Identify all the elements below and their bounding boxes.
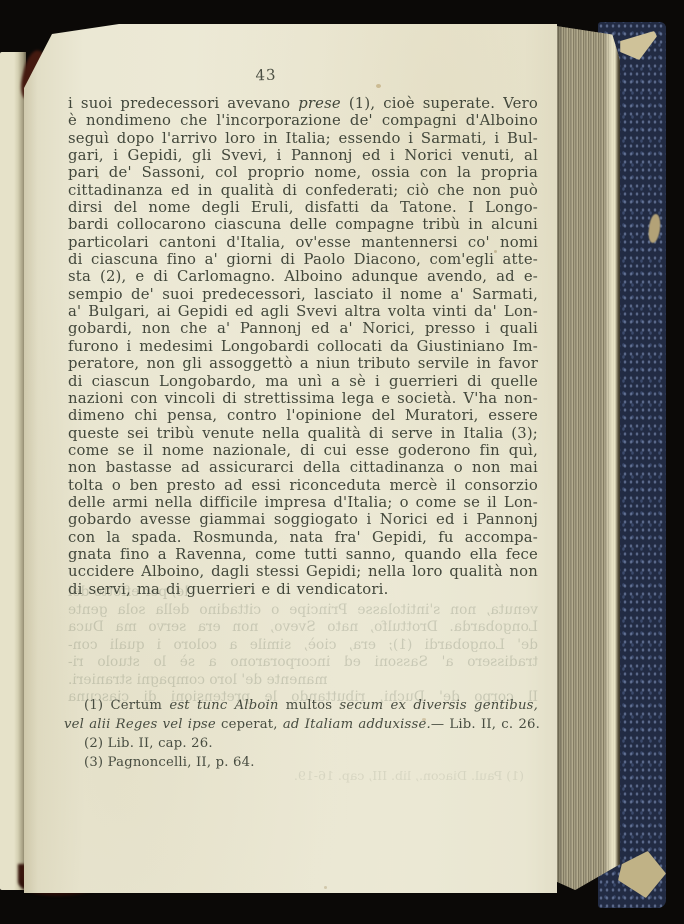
body-text-line: gobardo avesse giammai soggiogato i Nori… [68, 511, 538, 528]
bleedthrough-line: tradissero a' Sassoni ed incorporarono a… [68, 654, 538, 672]
body-text-line: i suoi predecessori avevano prese (1), c… [68, 95, 538, 112]
body-text-line: gari, i Gepidi, gli Svevi, i Pannonj ed … [68, 147, 538, 164]
footnotes: (1) Certum est tunc Alboin multos secum … [64, 698, 540, 774]
body-text-line: cittadinanza ed in qualità di confederat… [68, 182, 538, 199]
body-text-line: nazioni con vincoli di strettissima lega… [68, 390, 538, 407]
bleedthrough-line: venuta, non s'intitolasse Principe o cit… [68, 602, 538, 620]
body-text-line: sempio de' suoi predecessori, lasciato i… [68, 286, 538, 303]
body-text-line: dirsi del nome degli Eruli, disfatti da … [68, 199, 538, 216]
body-text: i suoi predecessori avevano prese (1), c… [68, 95, 538, 598]
body-text-line: gnata fino a Ravenna, come tutti sanno, … [68, 546, 538, 563]
bleedthrough-footnote: (1) Paul. Diacon., lib. III, cap. 16-19. [84, 768, 524, 783]
facing-page-sliver [0, 52, 26, 890]
body-text-line: particolari cantoni d'Italia, ov'esse ma… [68, 234, 538, 251]
body-text-line: pari de' Sassoni, col proprio nome, ossi… [68, 164, 538, 181]
body-text-line: di ciascun Longobardo, ma unì a sè i gue… [68, 373, 538, 390]
body-text-line: tolta o ben presto ad essi riconceduta m… [68, 477, 538, 494]
page-block-fore-edge [556, 26, 620, 890]
body-text-line: a' Bulgari, ai Gepidi ed agli Svevi altr… [68, 303, 538, 320]
footnote-line: vel alii Reges vel ipse ceperat, ad Ital… [64, 717, 540, 736]
footnote-line: (1) Certum est tunc Alboin multos secum … [64, 698, 540, 717]
body-text-line: seguì dopo l'arrivo loro in Italia; esse… [68, 130, 538, 147]
page-number: 43 [242, 65, 291, 85]
body-text-line: come se il nome nazionale, di cui esse g… [68, 442, 538, 459]
body-text-line: queste sei tribù venute nella qualità di… [68, 425, 538, 442]
body-text-line: peratore, non gli assoggettò a niun trib… [68, 355, 538, 372]
paper-speck [324, 886, 327, 889]
body-text-line: sta (2), e di Carlomagno. Alboino adunqu… [68, 268, 538, 285]
body-text-line: è nondimeno che l'incorporazione de' com… [68, 112, 538, 129]
book-photo: 43 le, per effetto delvenuta, non s'inti… [0, 0, 684, 924]
body-text-line: delle armi nella difficile impresa d'Ita… [68, 494, 538, 511]
book-page: 43 le, per effetto delvenuta, non s'inti… [24, 24, 557, 893]
body-text-line: non bastasse ad assicurarci della cittad… [68, 459, 538, 476]
body-text-line: bardi collocarono ciascuna delle compagn… [68, 216, 538, 233]
paper-speck [96, 176, 99, 179]
bleedthrough-text: le, per effetto delvenuta, non s'intitol… [68, 584, 538, 707]
paper-speck [376, 84, 381, 88]
body-text-line: di ciascuna fino a' giorni di Paolo Diac… [68, 251, 538, 268]
body-text-line: gobardi, non che a' Pannonj ed a' Norici… [68, 320, 538, 337]
body-text-line: uccidere Alboino, dagli stessi Gepidi; n… [68, 563, 538, 580]
bleedthrough-line: Longobarda. Drottulfo, nato Svevo, non e… [68, 619, 538, 637]
footnote-line: (2) Lib. II, cap. 26. [64, 736, 540, 755]
body-text-line: dimeno chi pensa, contro l'opinione del … [68, 407, 538, 424]
body-text-line: di servi, ma di guerrieri e di vendicato… [68, 581, 538, 598]
bleedthrough-line: manente de' loro compagni stranieri. [68, 672, 538, 690]
body-text-line: con la spada. Rosmunda, nata fra' Gepidi… [68, 529, 538, 546]
paper-speck [422, 718, 426, 721]
paper-speck [494, 250, 497, 253]
body-text-line: furono i medesimi Longobardi collocati d… [68, 338, 538, 355]
bleedthrough-line: de' Longobardi (1); era, cioè, simile a … [68, 637, 538, 655]
